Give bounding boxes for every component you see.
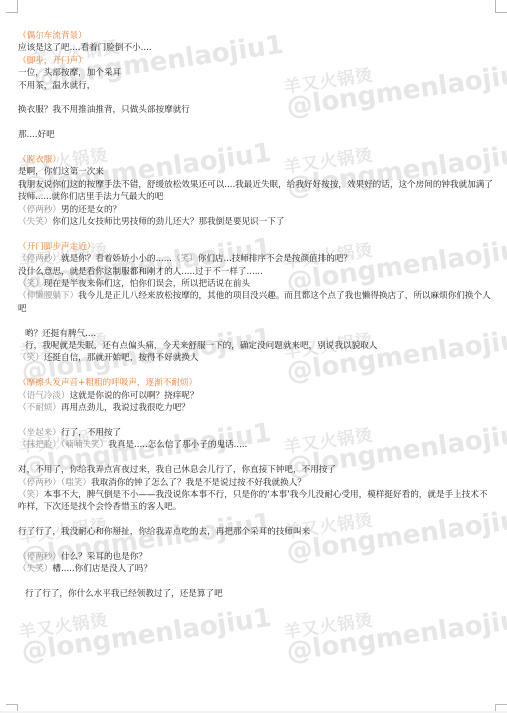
dialogue-line: 那....好吧 (18, 129, 496, 141)
dialogue-line: （语气冷淡）这就是你说的你可以啊？挠痒呢？ (18, 390, 496, 402)
stage-direction: （开门脚步声走近） (18, 241, 496, 253)
dialogue-line: （笑）本事不大，脾气倒是不小——我没说你本事不行，只是你的‘本事’我今儿没耐心受… (18, 489, 496, 514)
dialogue-line: 一位，头部按摩，加个采耳 (18, 67, 496, 79)
dialogue-line: 没什么意思，就是看你这制服都和刚才的人.....过于不一样了...... (18, 266, 496, 278)
dialogue-line: 我朋友说你们这的按摩手法不错，舒缓放松效果还可以....我最近失眠，给我好好按按… (18, 179, 496, 191)
blank-line (18, 315, 496, 327)
parenthetical: （笑） (18, 279, 44, 289)
blank-line (18, 142, 496, 154)
dialogue-line: （停两秒）什么？采耳的也是你？ (18, 551, 496, 563)
stage-direction: （摩擦头发声音+粗粗的呼吸声，逐渐不耐烦） (18, 377, 496, 389)
parenthetical: （笑） (172, 254, 198, 264)
parenthetical: （失笑） (18, 564, 52, 574)
dialogue-line: 行，我呢就是失眠，还有点偏头痛，今天来舒服一下的，确定没问题就来吧，别说我以貌取… (18, 340, 496, 352)
parenthetical: （笑） (18, 353, 44, 363)
stage-direction: （偶尔车流背景） (18, 30, 496, 42)
blank-line (18, 365, 496, 377)
spoken-text: 本事不大，脾气倒是不小——我没说你本事不行，只是你的‘本事’我今儿没耐心受用，模… (18, 490, 488, 512)
spoken-text: 你们这儿女技师比男技师的劲儿还大？那我倒是要见识一下了 (52, 217, 284, 227)
parenthetical: （伸懒腰躺下） (18, 291, 78, 301)
spoken-text: 行了，不用按了 (61, 428, 121, 438)
spoken-text: 槽.....你们店是没人了吗？ (52, 564, 152, 574)
stage-direction: （脚步，开门声） (18, 55, 496, 67)
script-document: （偶尔车流背景）应该是这了吧....看着门脸倒不小....（脚步，开门声）一位，… (18, 30, 496, 601)
spoken-text: 再用点劲儿，我说过我很吃力吧？ (61, 403, 190, 413)
blank-line (18, 539, 496, 551)
blank-line (18, 415, 496, 427)
dialogue-line: （不耐烦）再用点劲儿，我说过我很吃力吧？ (18, 402, 496, 414)
watermark-en: @longmenlaojiu1 (285, 605, 507, 666)
dialogue-line: 行了行了，我没耐心和你掰扯，你给我弄点吃的去，再把那个采耳的技师叫来 (18, 526, 496, 538)
blank-line (18, 117, 496, 129)
blank-line (18, 576, 496, 588)
page-corner-mark (495, 0, 507, 13)
watermark-en: @longmenlaojiu1 (20, 605, 273, 666)
parenthetical: （语气冷淡） (18, 391, 70, 401)
dialogue-line: （失笑）槽.....你们店是没人了吗？ (18, 563, 496, 575)
parenthetical: （坐起来） (18, 428, 61, 438)
stage-direction: （脱衣服） (18, 154, 496, 166)
dialogue-line: （停两秒）男的还是女的？ (18, 204, 496, 216)
dialogue-line: 行了行了，你什么水平我已经领教过了，还是算了吧 (18, 588, 496, 600)
dialogue-line: 换衣服？我不用推油推背，只做头部按摩就行 (18, 104, 496, 116)
dialogue-line: 对，不用了，你给我弄点宵夜过来，我自己休息会儿行了，你直接下钟吧，不用按了 (18, 464, 496, 476)
parenthetical: （嗤笑） (61, 478, 91, 488)
parenthetical: （笑） (18, 490, 44, 500)
dialogue-line: （停两秒）就是你？看着娇娇小小的......（笑）你们店...技师排序不会是按颜… (18, 253, 496, 265)
parenthetical: （停两秒） (18, 552, 61, 562)
page-corner-mark (6, 0, 18, 13)
blank-line (18, 92, 496, 104)
blank-line (18, 452, 496, 464)
parenthetical: （停两秒） (18, 254, 61, 264)
dialogue-line: （失笑）你们这儿女技师比男技师的劲儿还大？那我倒是要见识一下了 (18, 216, 496, 228)
dialogue-line: （伸懒腰躺下）我今儿是正儿八经来放松按摩的，其他的项目没兴趣。而且都这个点了我也… (18, 290, 496, 315)
parenthetical: （喃喃失笑） (61, 440, 108, 450)
spoken-text: 我取消你的钟了怎么了？我是不是说过按不好我就换人？ (91, 478, 306, 488)
dialogue-line: 技师......就你们店里手法力气最大的吧 (18, 191, 496, 203)
dialogue-line: （停两秒）（嗤笑）我取消你的钟了怎么了？我是不是说过按不好我就换人？ (18, 477, 496, 489)
spoken-text: 我今儿是正儿八经来放松按摩的，其他的项目没兴趣。而且都这个点了我也懒得换店了，所… (18, 291, 491, 313)
dialogue-line: 哟？还挺有脾气.... (18, 328, 496, 340)
blank-line (18, 514, 496, 526)
parenthetical: （停两秒） (18, 205, 61, 215)
dialogue-line: （笑）还挺自信，那就开始吧，按得不好就换人 (18, 352, 496, 364)
parenthetical: （抹把脸） (18, 440, 61, 450)
dialogue-line: 应该是这了吧....看着门脸倒不小.... (18, 42, 496, 54)
dialogue-line: 是啊，你们这第一次来 (18, 166, 496, 178)
blank-line (18, 228, 496, 240)
watermark: 羊又火锅烫@longmenlaojiu1 (18, 590, 273, 666)
spoken-text: 我真是.....怎么信了那小子的鬼话..... (108, 440, 247, 450)
spoken-text: 这就是你说的你可以啊？挠痒呢？ (70, 391, 199, 401)
spoken-text: 你们店...技师排序不会是按颜值排的吧？ (198, 254, 352, 264)
dialogue-line: （抹把脸）（喃喃失笑）我真是.....怎么信了那小子的鬼话..... (18, 439, 496, 451)
dialogue-line: （坐起来）行了，不用按了 (18, 427, 496, 439)
parenthetical: （停两秒） (18, 478, 61, 488)
spoken-text: 现在是半夜来你们这，怕你们误会，所以把话说在前头 (44, 279, 250, 289)
spoken-text: 还挺自信，那就开始吧，按得不好就换人 (44, 353, 199, 363)
parenthetical: （不耐烦） (18, 403, 61, 413)
watermark: 羊又火锅烫@longmenlaojiu1 (283, 590, 507, 666)
spoken-text: 男的还是女的？ (61, 205, 121, 215)
spoken-text: 什么？采耳的也是你？ (61, 552, 147, 562)
dialogue-line: 不用茶，温水就行， (18, 80, 496, 92)
spoken-text: 就是你？看着娇娇小小的...... (61, 254, 172, 264)
dialogue-line: （笑）现在是半夜来你们这，怕你们误会，所以把话说在前头 (18, 278, 496, 290)
parenthetical: （失笑） (18, 217, 52, 227)
